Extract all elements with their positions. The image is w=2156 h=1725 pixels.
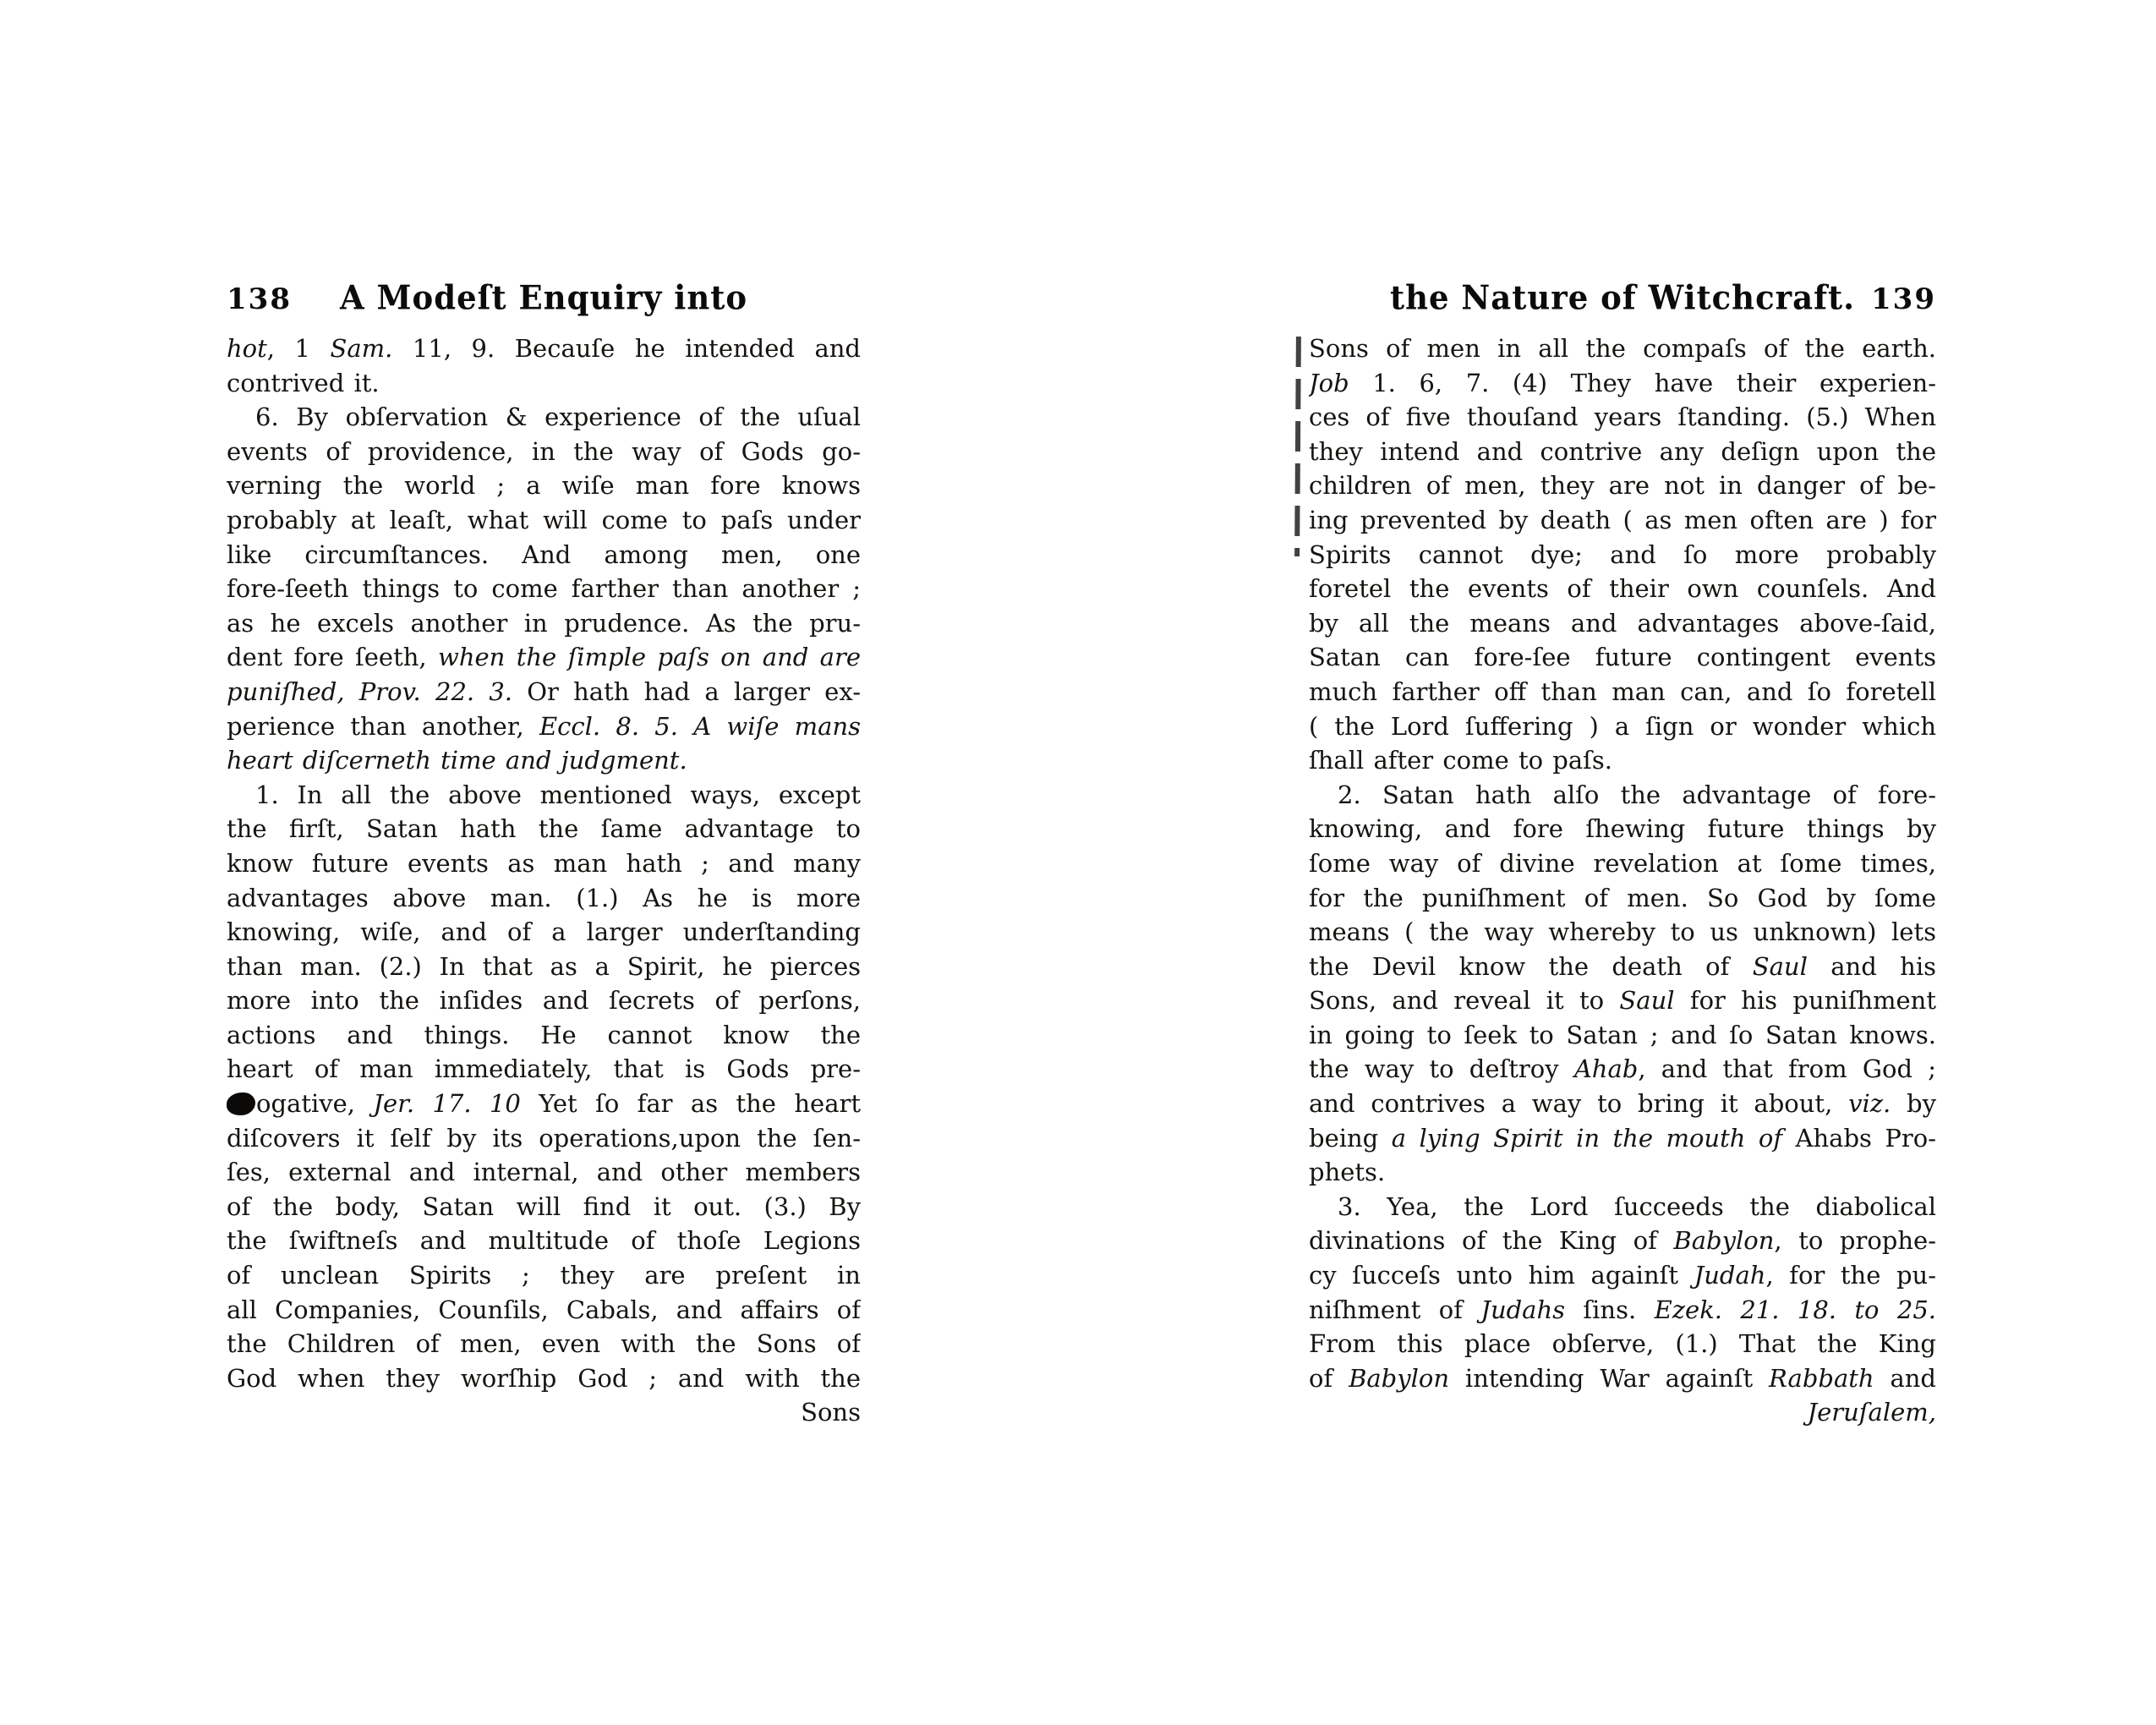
text-segment: knowing, wiſe, and of a larger underſtan… xyxy=(227,917,861,946)
text-segment: Spirits cannot dye; and ſo more probably xyxy=(1309,540,1936,569)
right-running-title: the Nature of Witchcraft. xyxy=(1309,278,1936,317)
text-segment: , 1 xyxy=(267,334,331,363)
text-line: Sons, and reveal it to Saul for his puni… xyxy=(1309,983,1936,1018)
text-line: they intend and contrive any deſign upon… xyxy=(1309,435,1936,469)
right-page-number: 139 xyxy=(1871,281,1936,318)
text-line: ogative, Jer. 17. 10 Yet ſo far as the h… xyxy=(227,1087,861,1121)
text-segment: cy ſucceſs unto him againſt xyxy=(1309,1261,1694,1290)
left-page-lines: hot, 1 Sam. 11, 9. Becauſe he intended a… xyxy=(227,331,861,1395)
text-line: Satan can fore-ſee future contingent eve… xyxy=(1309,640,1936,675)
text-segment: the way to deſtroy xyxy=(1309,1054,1574,1083)
text-segment: dent fore ſeeth, xyxy=(227,643,438,671)
text-segment: , and that from God ; xyxy=(1638,1054,1936,1083)
text-segment: Ahab xyxy=(1574,1054,1638,1083)
text-line: of Babylon intending War againſt Rabbath… xyxy=(1309,1361,1936,1396)
text-segment: diſcovers it ſelf by its operations,upon… xyxy=(227,1124,861,1153)
text-line: ſes, external and internal, and other me… xyxy=(227,1155,861,1190)
text-segment: niſhment of xyxy=(1309,1295,1480,1324)
text-line: for the puniſhment of men. So God by ſom… xyxy=(1309,881,1936,916)
text-segment: , for the pu- xyxy=(1765,1261,1936,1290)
text-line: ſhall after come to paſs. xyxy=(1309,743,1936,778)
text-segment: like circumſtances. And among men, one xyxy=(227,540,861,569)
text-line: children of men, they are not in danger … xyxy=(1309,468,1936,503)
text-line: the Children of men, even with the Sons … xyxy=(227,1327,861,1361)
left-page-header: 138 A Modeſt Enquiry into xyxy=(227,279,861,331)
text-segment: the Devil know the death of xyxy=(1309,952,1753,981)
text-line: diſcovers it ſelf by its operations,upon… xyxy=(227,1121,861,1156)
text-segment: of the body, Satan will find it out. (3.… xyxy=(227,1192,861,1221)
text-line: more into the inſides and ſecrets of per… xyxy=(227,983,861,1018)
text-segment: Jer. 17. 10 xyxy=(373,1089,520,1118)
text-segment: for the puniſhment of men. So God by ſom… xyxy=(1309,884,1936,912)
text-segment: Rabbath xyxy=(1769,1364,1874,1393)
text-line: the Devil know the death of Saul and his xyxy=(1309,950,1936,984)
text-segment: of unclean Spirits ; they are preſent in xyxy=(227,1261,861,1290)
text-segment: Sons, and reveal it to xyxy=(1309,986,1619,1015)
text-line: of the body, Satan will find it out. (3.… xyxy=(227,1190,861,1224)
text-segment: A wiſe mans xyxy=(693,712,861,741)
left-running-title: A Modeſt Enquiry into xyxy=(227,278,861,317)
text-line: contrived it. xyxy=(227,366,861,401)
text-line: than man. (2.) In that as a Spirit, he p… xyxy=(227,950,861,984)
text-segment: Yet ſo far as the heart xyxy=(521,1089,861,1118)
text-line: dent fore ſeeth, when the ſimple paſs on… xyxy=(227,640,861,675)
text-line: 3. Yea, the Lord ſucceeds the diabolical xyxy=(1309,1190,1936,1224)
text-line: 6. By obſervation & experience of the uſ… xyxy=(227,400,861,435)
text-segment: Eccl. 8. 5. xyxy=(539,712,678,741)
text-segment: Or hath had a larger ex- xyxy=(512,677,861,706)
text-segment: ſhall after come to paſs. xyxy=(1309,746,1612,775)
text-line: phets. xyxy=(1309,1155,1936,1190)
text-line: ( the Lord ſuffering ) a ſign or wonder … xyxy=(1309,709,1936,744)
text-segment: 2. Satan hath alſo the advantage of fore… xyxy=(1338,780,1936,809)
text-segment: all Companies, Counſils, Cabals, and aff… xyxy=(227,1295,861,1324)
text-line: as he excels another in prudence. As the… xyxy=(227,606,861,641)
text-segment: being xyxy=(1309,1124,1392,1153)
text-segment: knowing, and fore ſhewing future things … xyxy=(1309,814,1936,843)
right-page-catchword: Jeruſalem, xyxy=(1309,1395,1936,1430)
text-segment: Sam. xyxy=(331,334,393,363)
text-segment: than man. (2.) In that as a Spirit, he p… xyxy=(227,952,861,981)
text-line: by all the means and advantages above-ſa… xyxy=(1309,606,1936,641)
scan-gutter-smudge-artifact xyxy=(1294,337,1301,556)
text-segment: fore-ſeeth things to come farther than a… xyxy=(227,574,861,603)
text-segment: 6. By obſervation & experience of the uſ… xyxy=(255,402,861,431)
text-segment: as he excels another in prudence. As the… xyxy=(227,609,861,638)
text-segment: the firſt, Satan hath the ſame advantage… xyxy=(227,814,861,843)
text-segment: verning the world ; a wiſe man fore know… xyxy=(227,471,861,500)
text-segment: and contrives a way to bring it about, xyxy=(1309,1089,1848,1118)
text-segment: ces of five thouſand years ſtanding. (5.… xyxy=(1309,402,1936,431)
text-line: means ( the way whereby to us unknown) l… xyxy=(1309,915,1936,950)
text-line: heart of man immediately, that is Gods p… xyxy=(227,1052,861,1087)
text-segment: the ſwiftneſs and multitude of thoſe Leg… xyxy=(227,1226,861,1255)
text-segment: much farther off than man can, and ſo fo… xyxy=(1309,677,1936,706)
text-line: God when they worſhip God ; and with the xyxy=(227,1361,861,1396)
text-segment: means ( the way whereby to us unknown) l… xyxy=(1309,917,1936,946)
text-line: Sons of men in all the compaſs of the ea… xyxy=(1309,331,1936,366)
text-line: like circumſtances. And among men, one xyxy=(227,538,861,572)
right-page: the Nature of Witchcraft. 139 Sons of me… xyxy=(1309,279,1936,1430)
text-segment: Sons of men in all the compaſs of the ea… xyxy=(1309,334,1936,363)
text-segment: probably at leaſt, what will come to paſ… xyxy=(227,506,861,534)
text-segment: hot xyxy=(227,334,267,363)
ink-blot-artifact xyxy=(227,1092,255,1115)
text-line: foretel the events of their own counſels… xyxy=(1309,572,1936,606)
text-line: Spirits cannot dye; and ſo more probably xyxy=(1309,538,1936,572)
text-line: actions and things. He cannot know the xyxy=(227,1018,861,1053)
text-segment: by xyxy=(1891,1089,1936,1118)
text-segment: 11, 9. Becauſe he intended and xyxy=(392,334,861,363)
text-line: cy ſucceſs unto him againſt Judah, for t… xyxy=(1309,1258,1936,1293)
text-segment: Ezek. 21. 18. to 25. xyxy=(1655,1295,1936,1324)
text-line: ſome way of divine revelation at ſome ti… xyxy=(1309,846,1936,881)
text-segment: foretel the events of their own counſels… xyxy=(1309,574,1936,603)
text-segment: God when they worſhip God ; and with the xyxy=(227,1364,861,1393)
text-segment: From this place obſerve, (1.) That the K… xyxy=(1309,1329,1936,1358)
text-line: know future events as man hath ; and man… xyxy=(227,846,861,881)
right-page-header: the Nature of Witchcraft. 139 xyxy=(1309,279,1936,331)
text-line: knowing, wiſe, and of a larger underſtan… xyxy=(227,915,861,950)
text-segment: advantages above man. (1.) As he is more xyxy=(227,884,861,912)
text-segment: when the ſimple paſs on and are xyxy=(438,643,861,671)
text-segment: heart of man immediately, that is Gods p… xyxy=(227,1054,861,1083)
text-segment: in going to ſeek to Satan ; and ſo Satan… xyxy=(1309,1021,1936,1049)
text-line: events of providence, in the way of Gods… xyxy=(227,435,861,469)
left-page-catchword: Sons xyxy=(227,1395,861,1430)
right-page-lines: Sons of men in all the compaſs of the ea… xyxy=(1309,331,1936,1395)
text-segment: Ahabs Pro- xyxy=(1782,1124,1936,1153)
text-segment: by all the means and advantages above-ſa… xyxy=(1309,609,1936,638)
text-segment: a lying Spirit in the mouth of xyxy=(1392,1124,1782,1153)
text-line: divinations of the King of Babylon, to p… xyxy=(1309,1224,1936,1258)
text-segment: Job xyxy=(1309,369,1349,397)
text-segment: ogative, xyxy=(256,1089,373,1118)
left-page: 138 A Modeſt Enquiry into hot, 1 Sam. 11… xyxy=(227,279,861,1430)
text-segment: 3. Yea, the Lord ſucceeds the diabolical xyxy=(1338,1192,1936,1221)
text-segment: 1. In all the above mentioned ways, exce… xyxy=(255,780,861,809)
text-line: in going to ſeek to Satan ; and ſo Satan… xyxy=(1309,1018,1936,1053)
text-line: 1. In all the above mentioned ways, exce… xyxy=(227,778,861,813)
text-line: From this place obſerve, (1.) That the K… xyxy=(1309,1327,1936,1361)
text-segment: ing prevented by death ( as men often ar… xyxy=(1309,506,1936,534)
text-line: advantages above man. (1.) As he is more xyxy=(227,881,861,916)
text-segment: perience than another, xyxy=(227,712,539,741)
text-segment: ſes, external and internal, and other me… xyxy=(227,1158,861,1186)
text-segment: ( the Lord ſuffering ) a ſign or wonder … xyxy=(1309,712,1936,741)
text-line: ces of five thouſand years ſtanding. (5.… xyxy=(1309,400,1936,435)
text-line: perience than another, Eccl. 8. 5. A wiſ… xyxy=(227,709,861,744)
text-segment: , to prophe- xyxy=(1774,1226,1936,1255)
text-segment: ſins. xyxy=(1565,1295,1655,1324)
text-segment: events of providence, in the way of Gods… xyxy=(227,437,861,466)
text-line: the ſwiftneſs and multitude of thoſe Leg… xyxy=(227,1224,861,1258)
text-segment: intending War againſt xyxy=(1449,1364,1769,1393)
text-segment: contrived it. xyxy=(227,369,380,397)
text-segment: of xyxy=(1309,1364,1349,1393)
text-segment: more into the inſides and ſecrets of per… xyxy=(227,986,861,1015)
text-segment: heart diſcerneth time and judgment. xyxy=(227,746,687,775)
text-line: knowing, and fore ſhewing future things … xyxy=(1309,812,1936,846)
text-line: the way to deſtroy Ahab, and that from G… xyxy=(1309,1052,1936,1087)
text-line: ing prevented by death ( as men often ar… xyxy=(1309,503,1936,538)
text-segment: they intend and contrive any deſign upon… xyxy=(1309,437,1936,466)
text-segment: divinations of the King of xyxy=(1309,1226,1673,1255)
text-segment: and his xyxy=(1808,952,1936,981)
text-segment: the Children of men, even with the Sons … xyxy=(227,1329,861,1358)
text-line: much farther off than man can, and ſo fo… xyxy=(1309,675,1936,709)
text-segment: ſome way of divine revelation at ſome ti… xyxy=(1309,849,1936,878)
text-line: heart diſcerneth time and judgment. xyxy=(227,743,861,778)
text-segment: 1. 6, 7. (4) They have their experien- xyxy=(1349,369,1936,397)
text-segment: puniſhed, Prov. 22. 3. xyxy=(227,677,512,706)
text-segment: Babylon xyxy=(1673,1226,1774,1255)
text-line: niſhment of Judahs ſins. Ezek. 21. 18. t… xyxy=(1309,1293,1936,1328)
text-segment: for his puniſhment xyxy=(1675,986,1936,1015)
text-segment: know future events as man hath ; and man… xyxy=(227,849,861,878)
text-segment: Saul xyxy=(1619,986,1674,1015)
text-segment: Judah xyxy=(1694,1261,1766,1290)
text-segment: children of men, they are not in danger … xyxy=(1309,471,1936,500)
text-line: being a lying Spirit in the mouth of Aha… xyxy=(1309,1121,1936,1156)
text-line: all Companies, Counſils, Cabals, and aff… xyxy=(227,1293,861,1328)
text-segment: Saul xyxy=(1753,952,1808,981)
text-line: Job 1. 6, 7. (4) They have their experie… xyxy=(1309,366,1936,401)
text-segment: Judahs xyxy=(1480,1295,1565,1324)
text-segment: Satan can fore-ſee future contingent eve… xyxy=(1309,643,1936,671)
text-line: probably at leaſt, what will come to paſ… xyxy=(227,503,861,538)
text-segment: and xyxy=(1874,1364,1936,1393)
text-line: verning the world ; a wiſe man fore know… xyxy=(227,468,861,503)
text-segment: phets. xyxy=(1309,1158,1385,1186)
text-segment: actions and things. He cannot know the xyxy=(227,1021,861,1049)
text-line: fore-ſeeth things to come farther than a… xyxy=(227,572,861,606)
text-line: puniſhed, Prov. 22. 3. Or hath had a lar… xyxy=(227,675,861,709)
text-line: 2. Satan hath alſo the advantage of fore… xyxy=(1309,778,1936,813)
text-line: hot, 1 Sam. 11, 9. Becauſe he intended a… xyxy=(227,331,861,366)
text-line: of unclean Spirits ; they are preſent in xyxy=(227,1258,861,1293)
text-line: and contrives a way to bring it about, v… xyxy=(1309,1087,1936,1121)
text-segment: Babylon xyxy=(1349,1364,1449,1393)
text-segment xyxy=(678,712,693,741)
text-segment: viz. xyxy=(1848,1089,1891,1118)
text-line: the firſt, Satan hath the ſame advantage… xyxy=(227,812,861,846)
